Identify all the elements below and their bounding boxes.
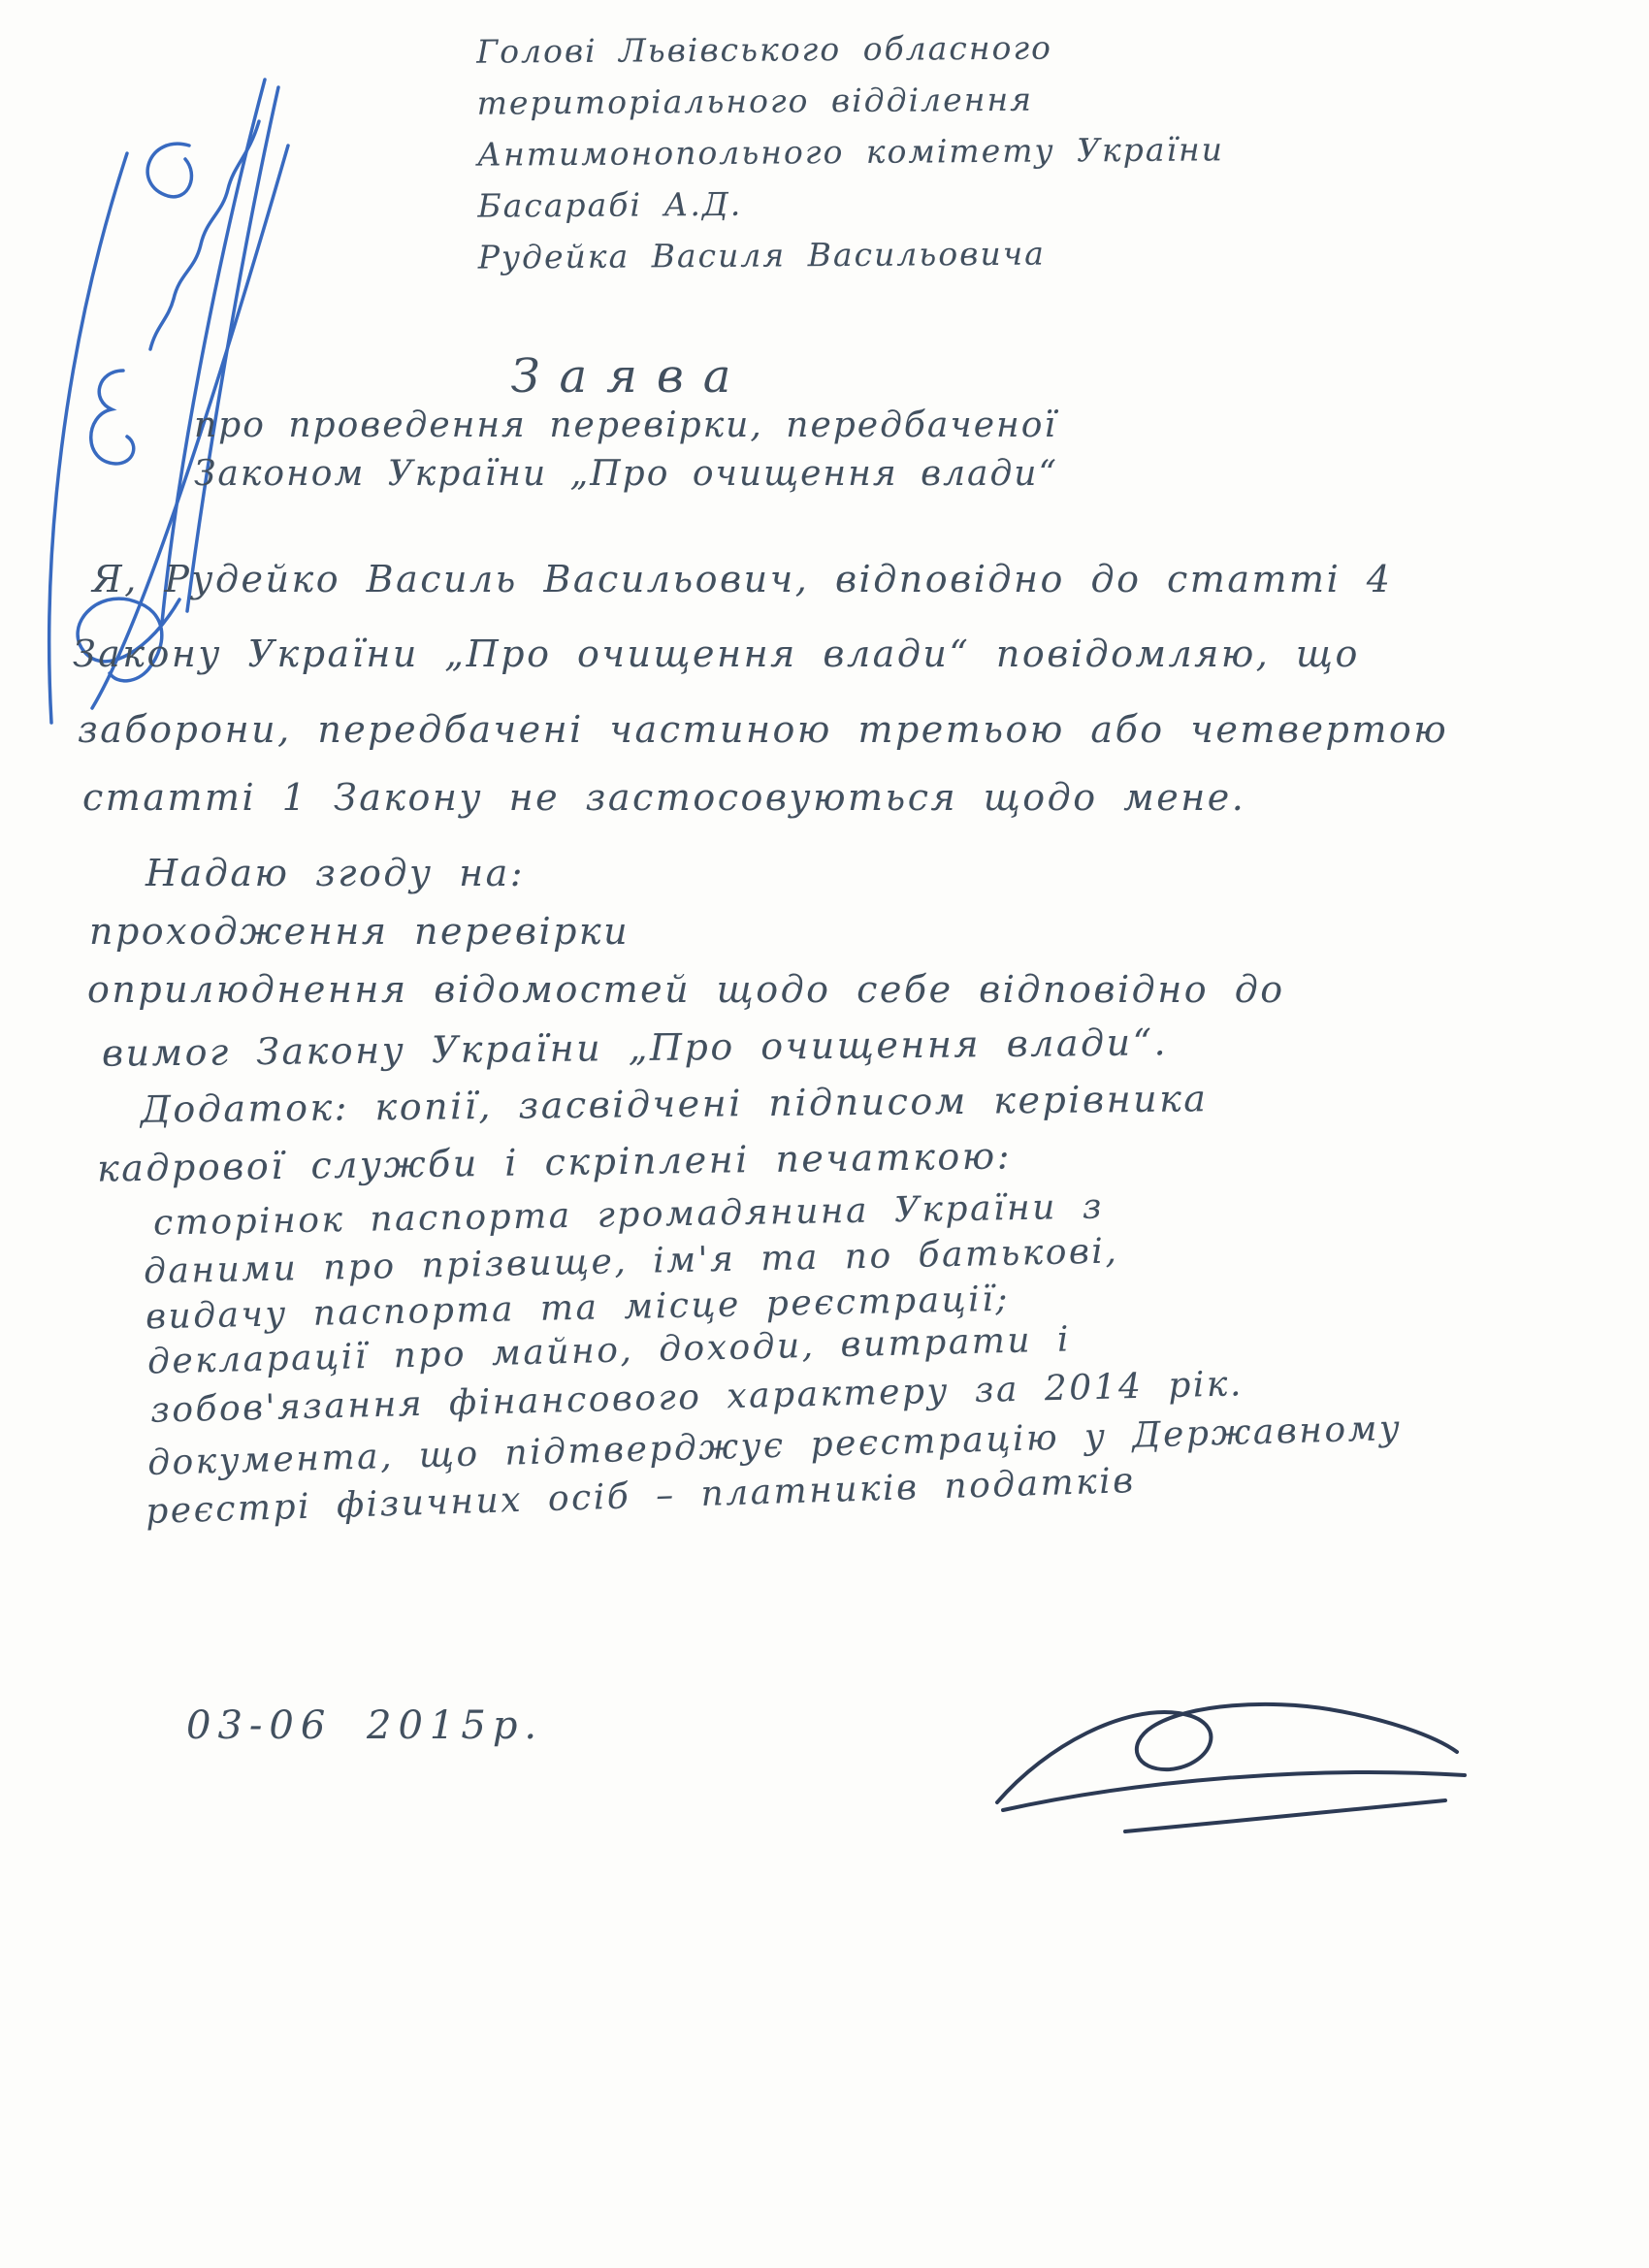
addressee-line: Басарабі А.Д. [477, 175, 1224, 231]
annotation-stroke [187, 87, 278, 611]
body-line: статті 1 Закону не застосовуються щодо м… [82, 776, 1245, 819]
attachment-intro-line: Додаток: копії, засвідчені підписом кері… [141, 1077, 1209, 1131]
annotation-letter-c [147, 144, 191, 197]
consent-line: проходження перевірки [89, 910, 630, 953]
annotation-stroke [162, 80, 265, 623]
addressee-line: Антимонопольного комітету України [477, 123, 1224, 179]
body-line: Я, Рудейко Василь Васильович, відповідно… [92, 558, 1392, 600]
document-subtitle: про проведення перевірки, передбаченої З… [194, 402, 970, 499]
signature-stroke [1125, 1800, 1445, 1831]
blue-ink-annotation-signature [34, 29, 315, 728]
body-line: Закону України „Про очищення влади“ пові… [73, 632, 1360, 675]
addressee-line: Голові Львівського обласного [476, 20, 1223, 77]
document-date: 03-06 2015р. [186, 1703, 543, 1748]
addressee-block: Голові Львівського обласного територіаль… [476, 20, 1225, 282]
subtitle-line: Законом України „Про очищення влади“ [194, 450, 970, 499]
addressee-line: територіального відділення [476, 72, 1223, 128]
annotation-letter-z [91, 371, 134, 464]
document-title: Заява [359, 349, 902, 404]
addressee-line: Рудейка Василя Васильовича [478, 226, 1225, 282]
body-line: заборони, передбачені частиною третьою а… [78, 708, 1448, 751]
consent-heading: Надаю згоду на: [145, 852, 525, 894]
annotation-stroke [150, 121, 259, 349]
attachment-intro-line: кадрової служби і скріплені печаткою: [97, 1134, 1013, 1189]
signature-stroke [997, 1704, 1457, 1802]
handwritten-signature [980, 1676, 1474, 1851]
consent-line: оприлюднення відомостей щодо себе відпов… [87, 968, 1285, 1011]
consent-line: вимог Закону України „Про очищення влади… [102, 1021, 1169, 1075]
subtitle-line: про проведення перевірки, передбаченої [194, 402, 970, 450]
scanned-document-page: Голові Львівського обласного територіаль… [0, 0, 1649, 2268]
